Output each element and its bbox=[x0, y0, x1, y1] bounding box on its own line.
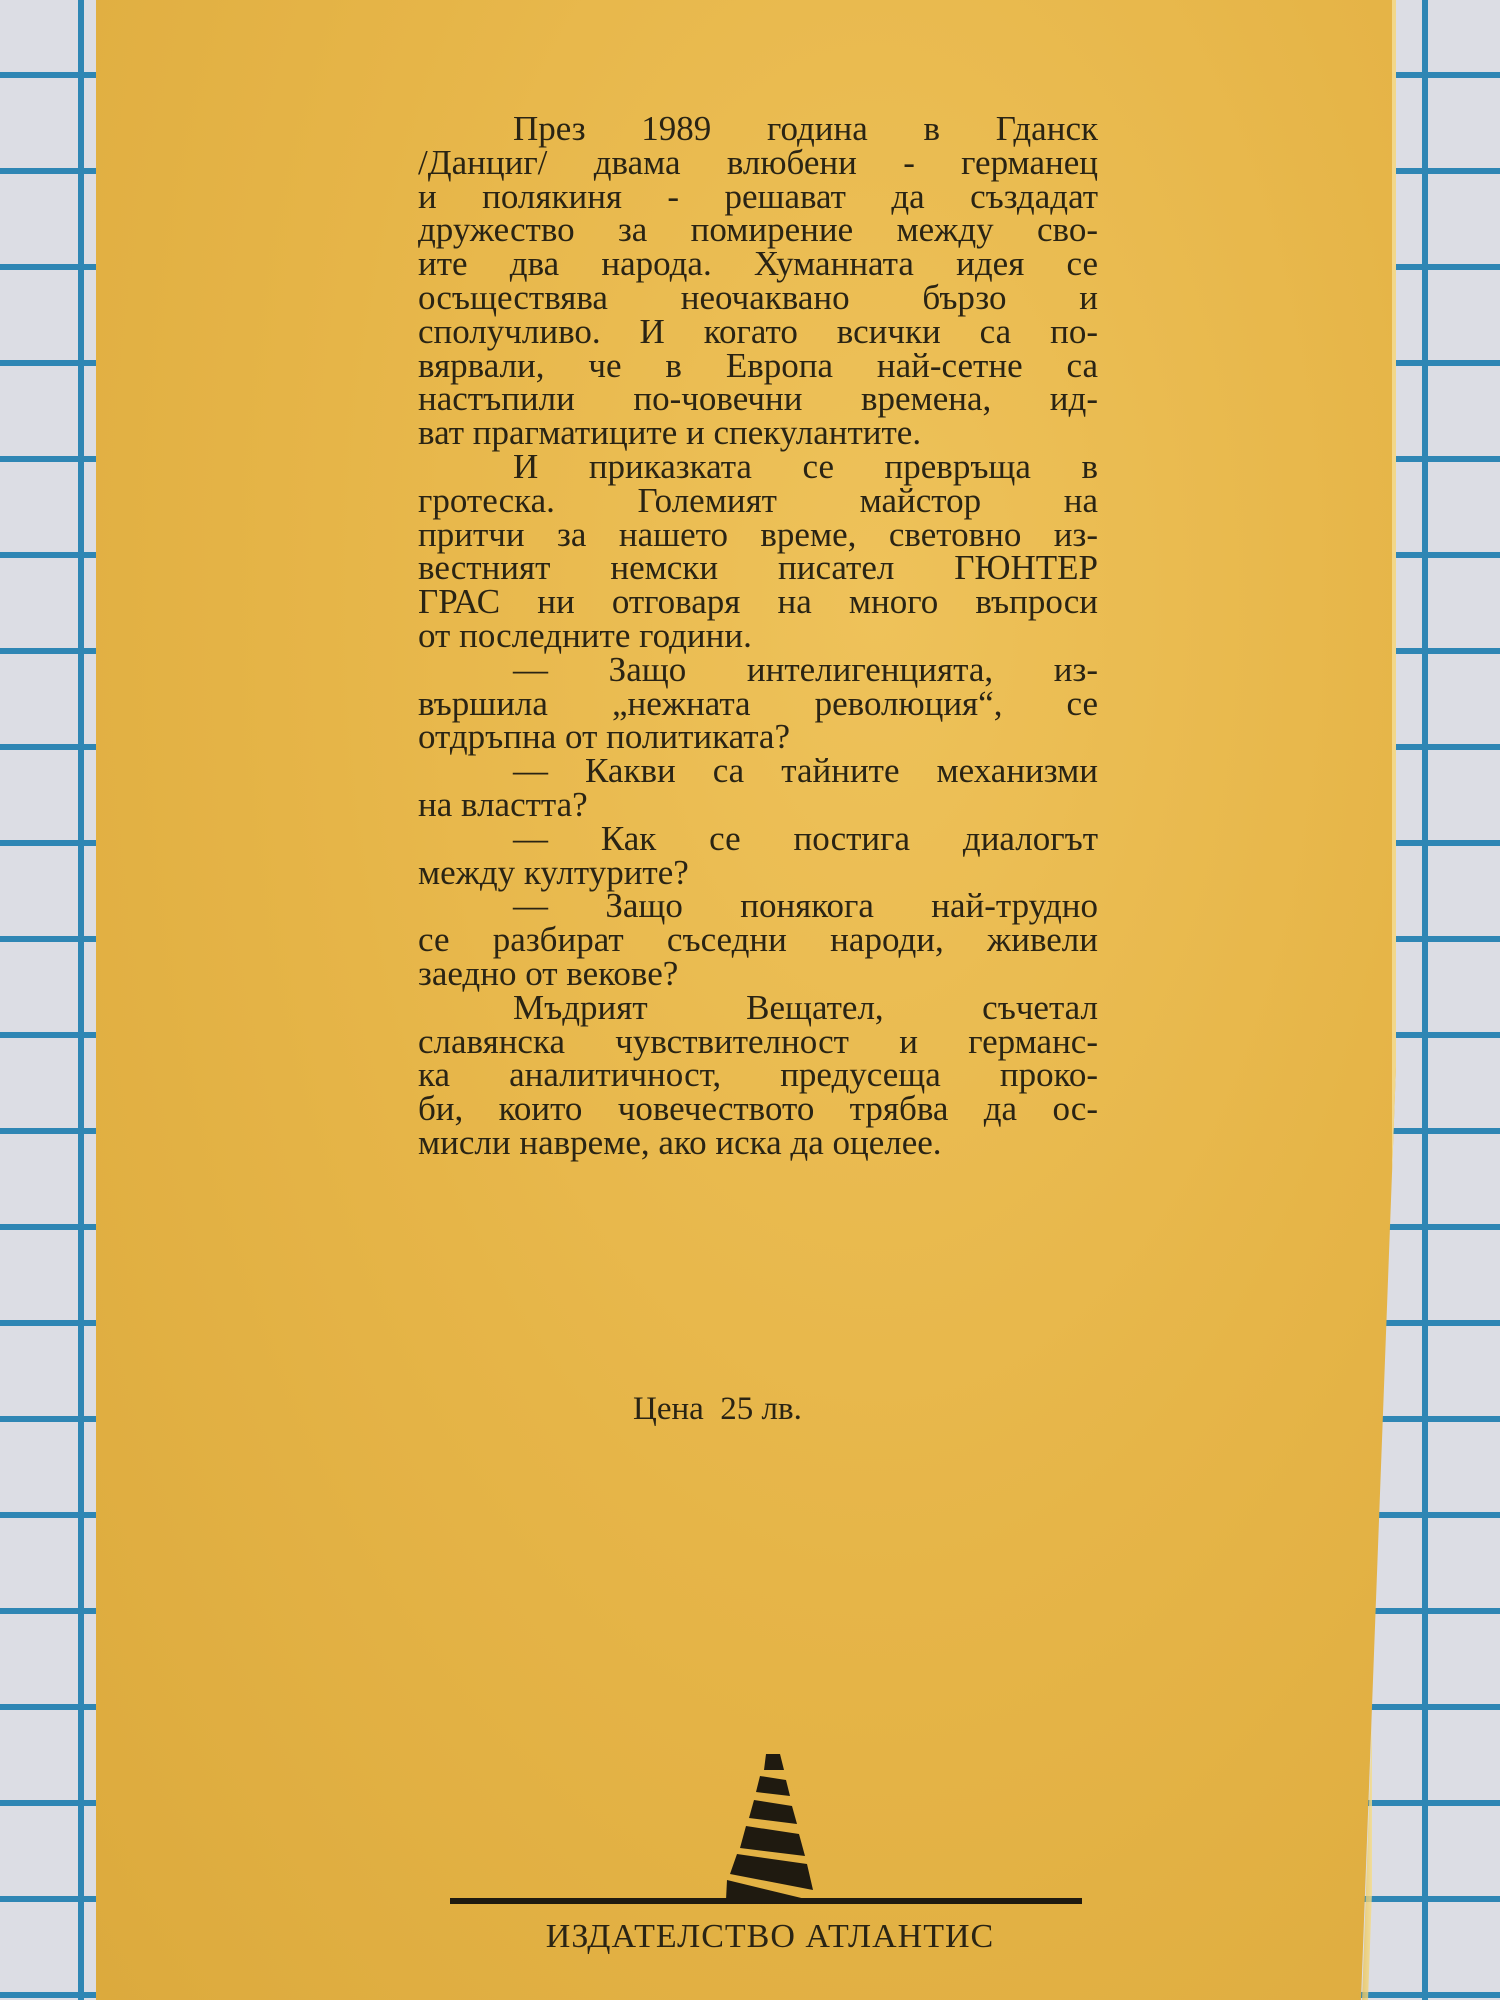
blurb-line: ите два народа. Хуманната идея се bbox=[418, 247, 1098, 281]
blurb-line: от последните години. bbox=[418, 619, 1098, 653]
blurb-line: отдръпна от политиката? bbox=[418, 720, 1098, 754]
blurb-line: ват прагматиците и спекулантите. bbox=[418, 416, 1098, 450]
blurb-line: — Какви са тайните механизми bbox=[418, 754, 1098, 788]
blurb-line: мисли навреме, ако иска да оцелее. bbox=[418, 1126, 1098, 1160]
blurb-line: вярвали, че в Европа най-сетне са bbox=[418, 349, 1098, 383]
blurb-line: притчи за нашето време, световно из- bbox=[418, 518, 1098, 552]
blurb-line: ка аналитичност, предусеща проко- bbox=[418, 1058, 1098, 1092]
blurb-line: вестният немски писател ГЮНТЕР bbox=[418, 551, 1098, 585]
blurb-line: Мъдрият Вещател, съчетал bbox=[418, 991, 1098, 1025]
book-blurb: През 1989 година в Гданск/Данциг/ двама … bbox=[418, 112, 1098, 1160]
blurb-line: сполучливо. И когато всички са по- bbox=[418, 315, 1098, 349]
blurb-line: славянска чувствителност и германс- bbox=[418, 1025, 1098, 1059]
blurb-line: би, които човечеството трябва да ос- bbox=[418, 1092, 1098, 1126]
blurb-line: и полякиня - решават да създадат bbox=[418, 180, 1098, 214]
blurb-line: вършила „нежната революция“, се bbox=[418, 687, 1098, 721]
stepped-pyramid-logo-icon bbox=[450, 1750, 1082, 1910]
blurb-line: гротеска. Големият майстор на bbox=[418, 484, 1098, 518]
price-label: Цена 25 лв. bbox=[633, 1391, 802, 1428]
blurb-line: заедно от векове? bbox=[418, 957, 1098, 991]
blurb-line: ГРАС ни отговаря на много въпроси bbox=[418, 585, 1098, 619]
blurb-line: И приказката се превръща в bbox=[418, 450, 1098, 484]
blurb-line: дружество за помирение между сво- bbox=[418, 213, 1098, 247]
publisher-name: ИЗДАТЕЛСТВО АТЛАНТИС bbox=[520, 1918, 1020, 1956]
blurb-line: — Защо понякога най-трудно bbox=[418, 889, 1098, 923]
blurb-line: — Как се постига диалогът bbox=[418, 822, 1098, 856]
blurb-line: на властта? bbox=[418, 788, 1098, 822]
blurb-line: осъществява неочаквано бързо и bbox=[418, 281, 1098, 315]
blurb-line: настъпили по-човечни времена, ид- bbox=[418, 382, 1098, 416]
blurb-line: — Защо интелигенцията, из- bbox=[418, 653, 1098, 687]
blurb-line: се разбират съседни народи, живели bbox=[418, 923, 1098, 957]
blurb-line: между културите? bbox=[418, 856, 1098, 890]
blurb-line: /Данциг/ двама влюбени - германец bbox=[418, 146, 1098, 180]
blurb-line: През 1989 година в Гданск bbox=[418, 112, 1098, 146]
